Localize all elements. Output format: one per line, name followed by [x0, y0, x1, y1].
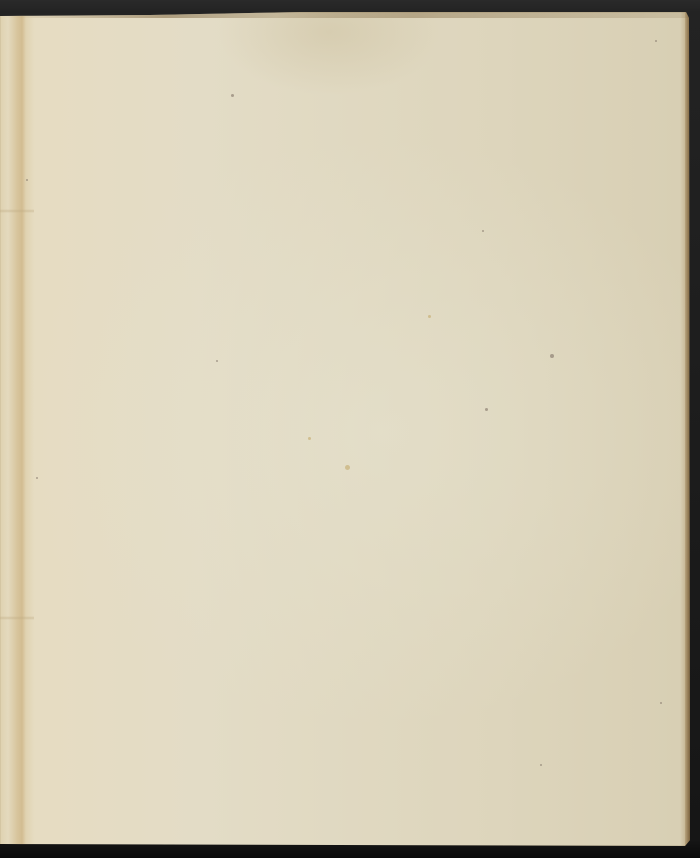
- scan-background: [0, 0, 700, 858]
- foxing-speck: [660, 702, 662, 704]
- top-edge-stain: [0, 12, 690, 18]
- foxing-speck: [36, 477, 38, 479]
- foxing-speck: [345, 465, 350, 470]
- foxing-speck: [540, 764, 542, 766]
- foxing-speck: [485, 408, 488, 411]
- foxing-speck: [26, 179, 28, 181]
- gutter-fold-mark: [0, 209, 34, 213]
- foxing-speck: [231, 94, 234, 97]
- gutter-fold-mark: [0, 616, 34, 620]
- fore-edge: [685, 12, 690, 846]
- blank-page: [0, 12, 690, 846]
- foxing-speck: [428, 315, 431, 318]
- foxing-speck: [308, 437, 311, 440]
- foxing-speck: [550, 354, 554, 358]
- spine-gutter: [0, 12, 34, 846]
- foxing-speck: [482, 230, 484, 232]
- foxing-speck: [216, 360, 218, 362]
- foxing-speck: [655, 40, 657, 42]
